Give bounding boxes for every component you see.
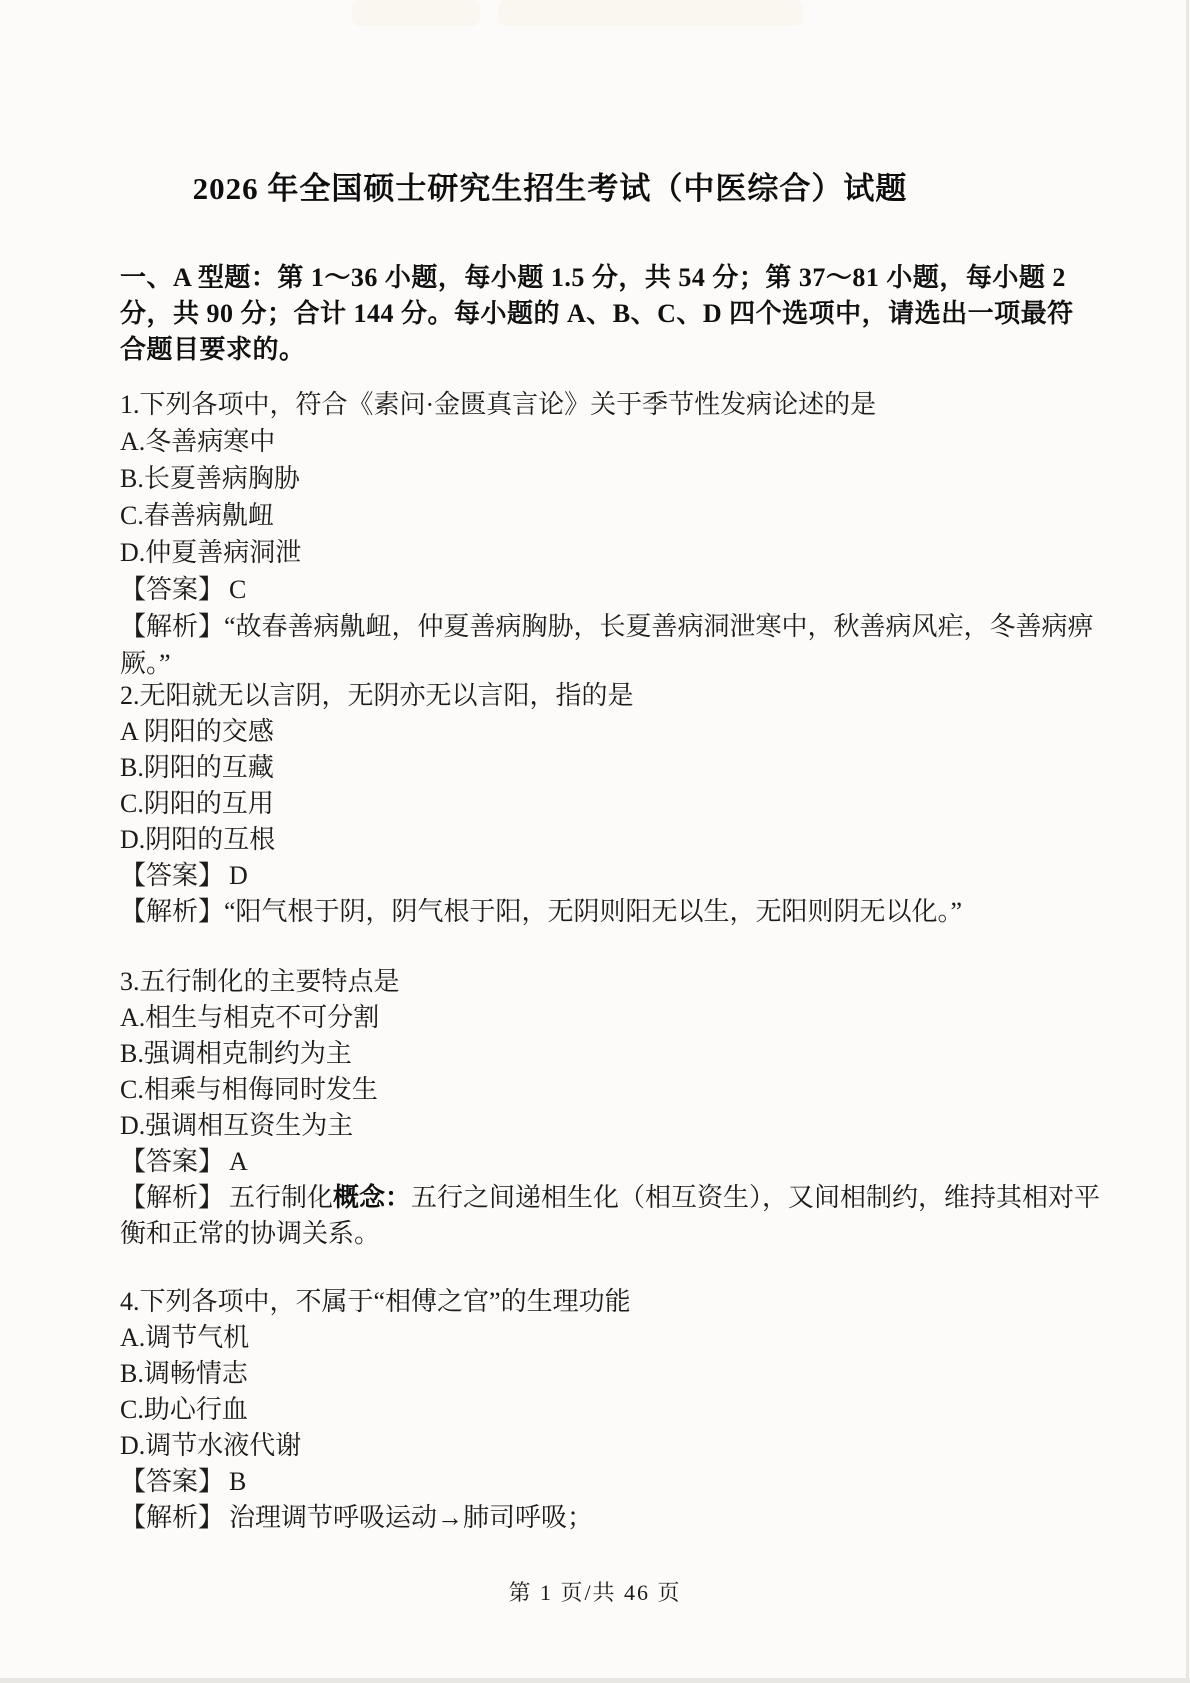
answer-value: D	[229, 861, 248, 890]
question-4-option-b: B.调畅情志	[120, 1356, 631, 1392]
scan-artifact-top-left	[352, 0, 480, 26]
question-1-option-a: A.冬善病寒中	[120, 423, 1094, 460]
answer-label: 【答案】	[120, 1147, 224, 1176]
question-3-analysis-continuation: 衡和正常的协调关系。	[120, 1216, 1100, 1252]
question-4-option-a: A.调节气机	[120, 1320, 631, 1356]
analysis-text: “阳气根于阴，阴气根于阳，无阴则阳无以生，无阳则阴无以化。”	[224, 897, 962, 926]
answer-label: 【答案】	[120, 861, 224, 890]
question-4-stem: 4.下列各项中，不属于“相傅之官”的生理功能	[120, 1284, 631, 1320]
answer-label: 【答案】	[120, 1467, 224, 1496]
analysis-label: 【解析】	[120, 612, 224, 641]
question-3-option-d: D.强调相互资生为主	[120, 1108, 1100, 1144]
analysis-text: 五行制化	[229, 1183, 333, 1212]
question-1: 1.下列各项中，符合《素问·金匮真言论》关于季节性发病论述的是 A.冬善病寒中 …	[120, 386, 1094, 682]
question-4-answer-line: 【答案】B	[120, 1464, 631, 1500]
answer-value: B	[229, 1467, 246, 1496]
question-4-option-d: D.调节水液代谢	[120, 1428, 631, 1464]
analysis-keyword: 概念：	[333, 1183, 411, 1212]
question-3-analysis-line: 【解析】五行制化概念：五行之间递相生化（相互资生），又间相制约，维持其相对平	[120, 1180, 1100, 1216]
section-header-line-2: 分，共 90 分；合计 144 分。每小题的 A、B、C、D 四个选项中，请选出…	[120, 296, 1074, 332]
question-2-analysis-line: 【解析】“阳气根于阴，阴气根于阳，无阴则阳无以生，无阳则阴无以化。”	[120, 894, 962, 930]
section-a-header: 一、A 型题：第 1～36 小题，每小题 1.5 分，共 54 分；第 37～8…	[120, 260, 1074, 368]
question-3-option-c: C.相乘与相侮同时发生	[120, 1072, 1100, 1108]
exam-paper-page: 2026 年全国硕士研究生招生考试（中医综合）试题 一、A 型题：第 1～36 …	[0, 0, 1190, 1683]
question-3-stem: 3.五行制化的主要特点是	[120, 964, 1100, 1000]
page-title: 2026 年全国硕士研究生招生考试（中医综合）试题	[0, 163, 1145, 208]
question-1-answer-line: 【答案】C	[120, 571, 1094, 608]
question-2-answer-line: 【答案】D	[120, 858, 962, 894]
analysis-label: 【解析】	[120, 1183, 224, 1212]
section-header-line-3: 合题目要求的。	[120, 332, 1074, 368]
scan-artifact-top-right	[498, 0, 803, 26]
question-3-answer-line: 【答案】A	[120, 1144, 1100, 1180]
question-2: 2.无阳就无以言阴，无阴亦无以言阳，指的是 A 阴阳的交感 B.阴阳的互藏 C.…	[120, 678, 962, 930]
question-2-option-c: C.阴阳的互用	[120, 786, 962, 822]
section-header-line-1: 一、A 型题：第 1～36 小题，每小题 1.5 分，共 54 分；第 37～8…	[120, 260, 1074, 296]
question-1-option-d: D.仲夏善病洞泄	[120, 534, 1094, 571]
analysis-text: 治理调节呼吸运动→肺司呼吸；	[229, 1503, 593, 1532]
question-2-option-d: D.阴阳的互根	[120, 822, 962, 858]
analysis-text: “故春善病鼽衄，仲夏善病胸胁，长夏善病洞泄寒中，秋善病风疟，冬善病痹	[224, 612, 1094, 641]
question-3: 3.五行制化的主要特点是 A.相生与相克不可分割 B.强调相克制约为主 C.相乘…	[120, 964, 1100, 1252]
question-3-option-b: B.强调相克制约为主	[120, 1036, 1100, 1072]
scan-edge-bottom	[0, 1678, 1190, 1683]
scan-edge-right	[1186, 0, 1189, 1683]
question-2-option-b: B.阴阳的互藏	[120, 750, 962, 786]
analysis-label: 【解析】	[120, 1503, 224, 1532]
question-2-option-a: A 阴阳的交感	[120, 714, 962, 750]
answer-value: A	[229, 1147, 248, 1176]
question-1-analysis-continuation: 厥。”	[120, 645, 1094, 682]
question-1-analysis-line: 【解析】“故春善病鼽衄，仲夏善病胸胁，长夏善病洞泄寒中，秋善病风疟，冬善病痹	[120, 608, 1094, 645]
answer-label: 【答案】	[120, 575, 224, 604]
page-footer: 第 1 页/共 46 页	[0, 1578, 1190, 1608]
analysis-text: 五行之间递相生化（相互资生），又间相制约，维持其相对平	[411, 1183, 1100, 1212]
question-4-option-c: C.助心行血	[120, 1392, 631, 1428]
question-3-option-a: A.相生与相克不可分割	[120, 1000, 1100, 1036]
question-1-option-c: C.春善病鼽衄	[120, 497, 1094, 534]
question-2-stem: 2.无阳就无以言阴，无阴亦无以言阳，指的是	[120, 678, 962, 714]
question-1-option-b: B.长夏善病胸胁	[120, 460, 1094, 497]
question-4: 4.下列各项中，不属于“相傅之官”的生理功能 A.调节气机 B.调畅情志 C.助…	[120, 1284, 631, 1536]
question-4-analysis-line: 【解析】治理调节呼吸运动→肺司呼吸；	[120, 1500, 631, 1536]
answer-value: C	[229, 575, 246, 604]
question-1-stem: 1.下列各项中，符合《素问·金匮真言论》关于季节性发病论述的是	[120, 386, 1094, 423]
analysis-label: 【解析】	[120, 897, 224, 926]
